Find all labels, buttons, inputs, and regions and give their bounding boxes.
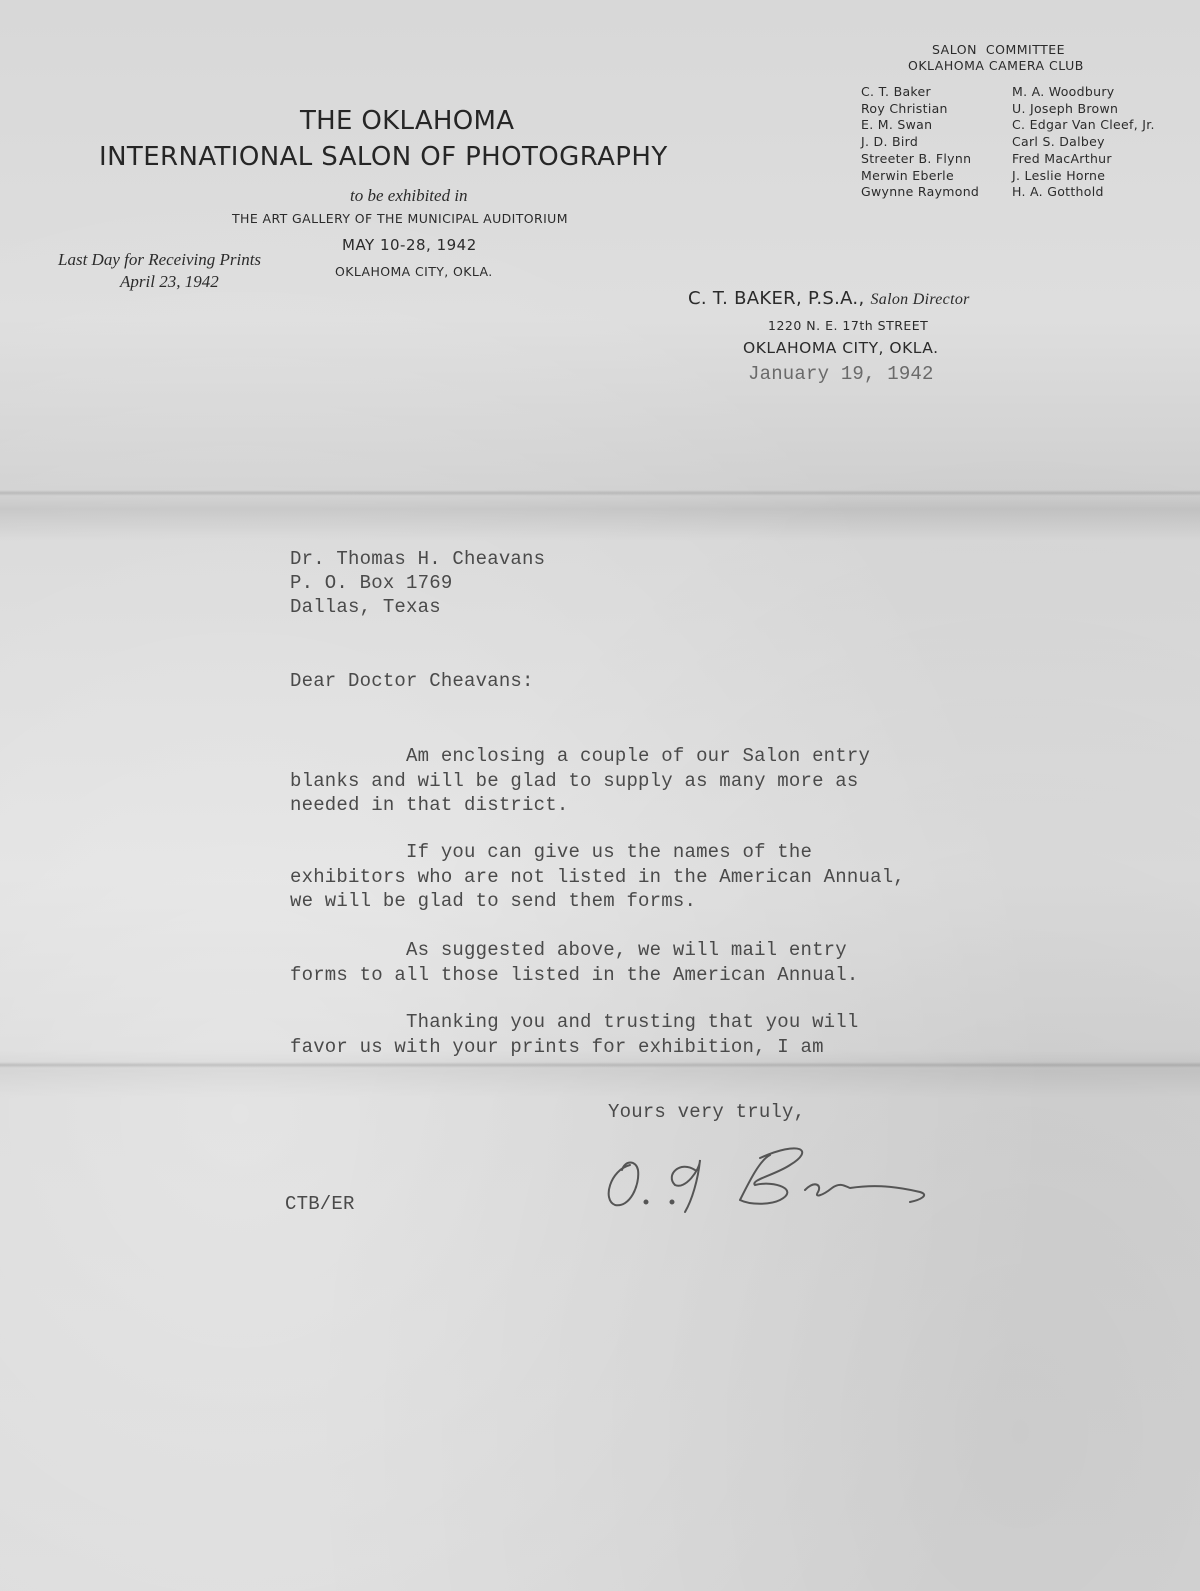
committee-club: OKLAHOMA CAMERA CLUB [908,58,1084,73]
letterhead-city: OKLAHOMA CITY, OKLA. [335,264,493,279]
committee-member: C. Edgar Van Cleef, Jr. [1012,117,1155,134]
letterhead-venue: THE ART GALLERY OF THE MUNICIPAL AUDITOR… [232,211,568,226]
committee-list-left: C. T. Baker Roy Christian E. M. Swan J. … [861,84,979,201]
committee-member: U. Joseph Brown [1012,101,1155,118]
director-line: C. T. BAKER, P.S.A., Salon Director [688,288,970,309]
committee-member: Carl S. Dalbey [1012,134,1155,151]
typist-initials: CTB/ER [285,1193,355,1215]
signature-icon [600,1130,960,1220]
paragraph: Am enclosing a couple of our Salon entry… [290,744,950,818]
committee-member: J. D. Bird [861,134,979,151]
recipient-city: Dallas, Texas [290,595,545,619]
letterhead-title-line1: THE OKLAHOMA [300,106,514,136]
director-city: OKLAHOMA CITY, OKLA. [743,339,939,357]
letterhead-exhibited: to be exhibited in [350,186,468,206]
committee-heading: SALON COMMITTEE [932,42,1065,57]
paper-fold [0,1062,1200,1068]
committee-member: M. A. Woodbury [1012,84,1155,101]
deadline-date: April 23, 1942 [120,272,219,292]
committee-member: Streeter B. Flynn [861,151,979,168]
salutation: Dear Doctor Cheavans: [290,670,534,692]
paper-fold [0,490,1200,496]
deadline-label: Last Day for Receiving Prints [58,250,261,270]
committee-member: J. Leslie Horne [1012,168,1155,185]
letter-date: January 19, 1942 [748,363,934,385]
committee-member: Gwynne Raymond [861,184,979,201]
committee-member: Roy Christian [861,101,979,118]
recipient-name: Dr. Thomas H. Cheavans [290,547,545,571]
paragraph: If you can give us the names of the exhi… [290,840,950,914]
recipient-address: Dr. Thomas H. Cheavans P. O. Box 1769 Da… [290,547,545,619]
committee-member: C. T. Baker [861,84,979,101]
paragraph: As suggested above, we will mail entry f… [290,938,950,987]
director-role: Salon Director [871,291,970,308]
director-name: C. T. BAKER, P.S.A., [688,288,864,309]
committee-member: E. M. Swan [861,117,979,134]
director-street: 1220 N. E. 17th STREET [768,318,928,333]
committee-list-right: M. A. Woodbury U. Joseph Brown C. Edgar … [1012,84,1155,201]
letterhead-dates: MAY 10-28, 1942 [342,236,477,254]
paragraph: Thanking you and trusting that you will … [290,1010,950,1059]
committee-member: Merwin Eberle [861,168,979,185]
committee-member: H. A. Gotthold [1012,184,1155,201]
letter-page: THE OKLAHOMA INTERNATIONAL SALON OF PHOT… [0,0,1200,1591]
closing: Yours very truly, [608,1101,805,1123]
letterhead-title-line2: INTERNATIONAL SALON OF PHOTOGRAPHY [99,142,668,172]
recipient-box: P. O. Box 1769 [290,571,545,595]
committee-member: Fred MacArthur [1012,151,1155,168]
